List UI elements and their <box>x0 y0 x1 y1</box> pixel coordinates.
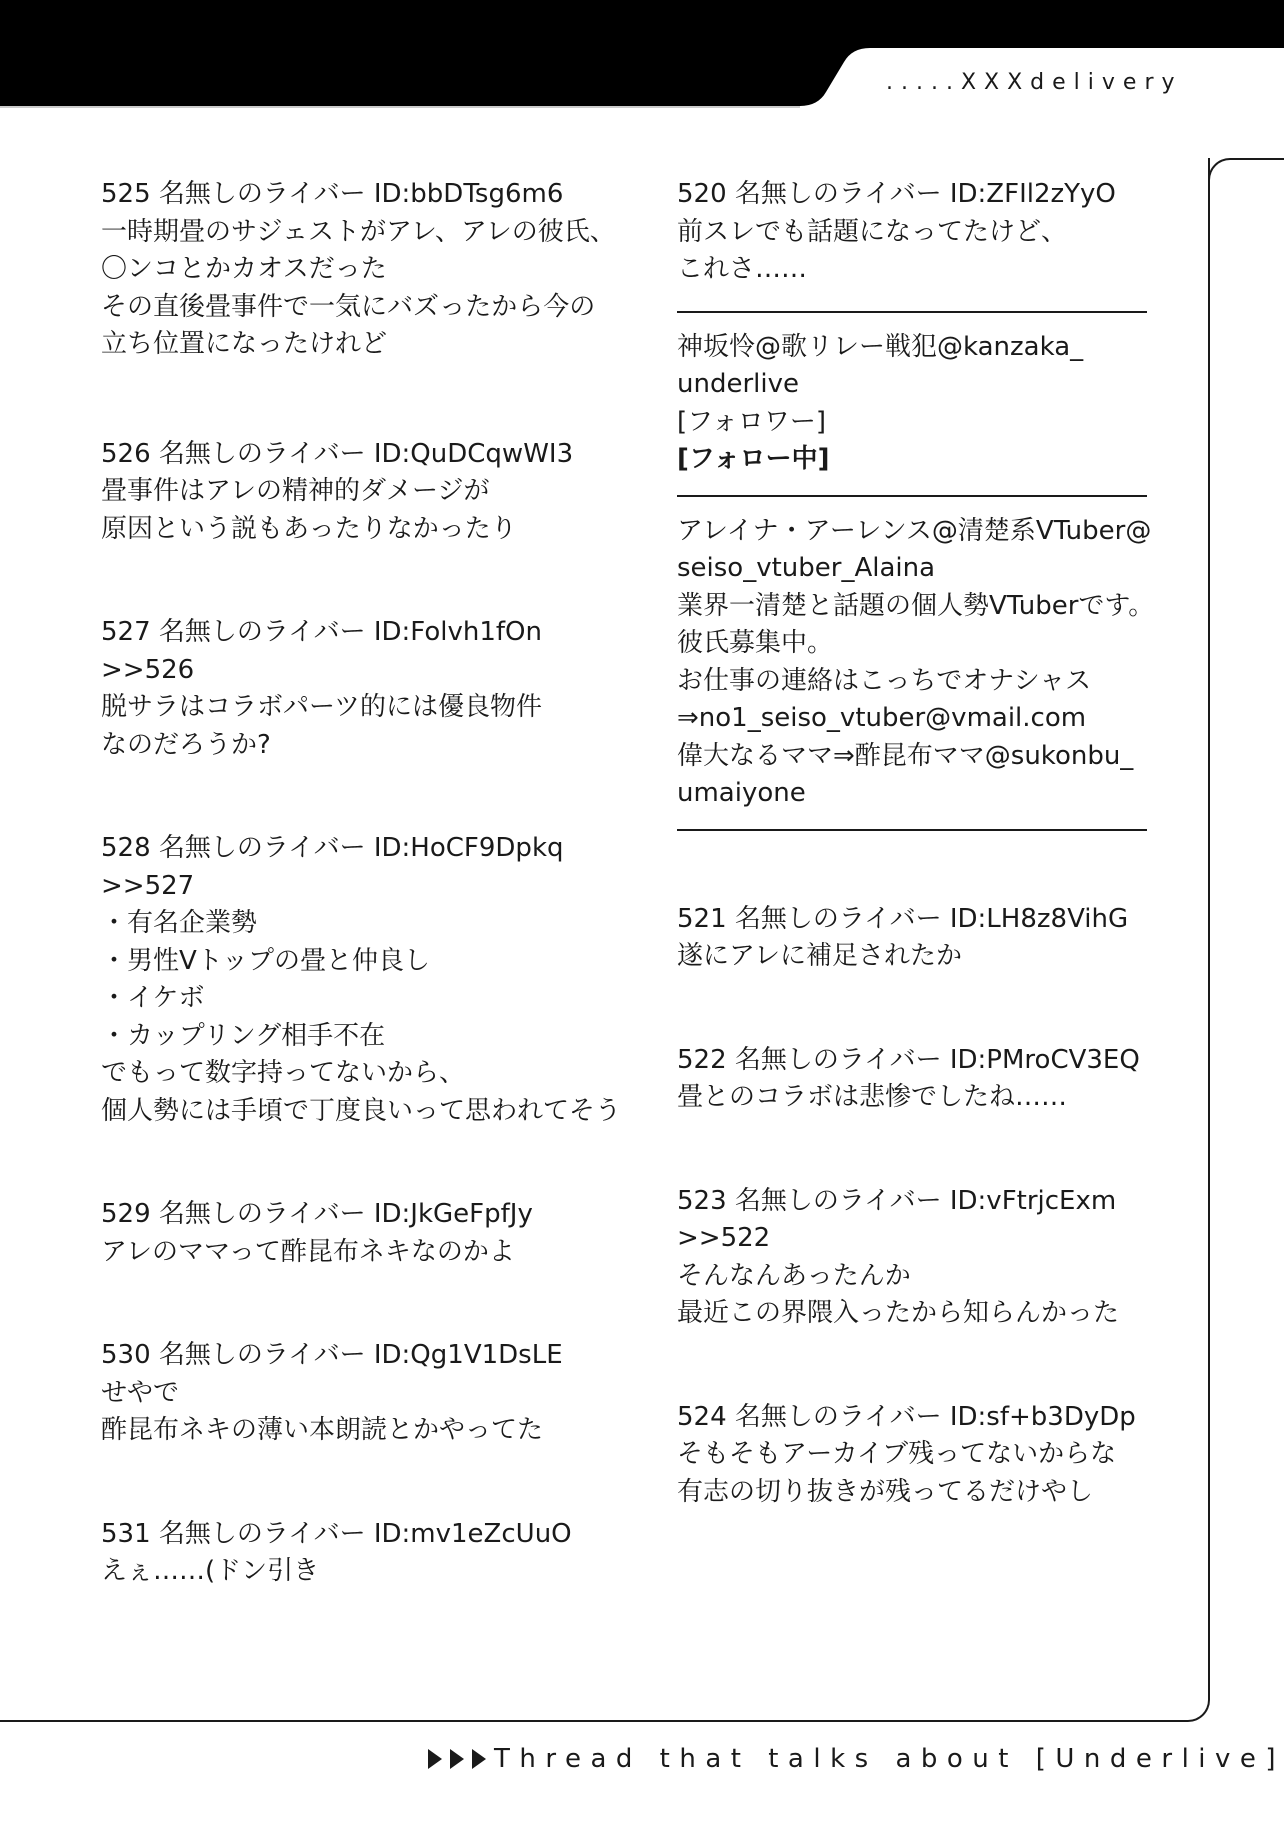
post-header: 522 名無しのライバー ID:PMroCV3EQ <box>677 1042 1147 1080</box>
post-header: 523 名無しのライバー ID:vFtrjcExm <box>677 1183 1147 1221</box>
post-520: 520 名無しのライバー ID:ZFIl2zYyO 前スレでも話題になってたけど… <box>677 176 1147 289</box>
profile-kanzaka: 神坂怜@歌リレー戦犯@kanzaka_ underlive [フォロワー] [フ… <box>677 329 1147 479</box>
post-line: なのだろうか? <box>101 727 621 765</box>
profile-bio: 彼氏募集中。 <box>677 625 1147 663</box>
post-header: 525 名無しのライバー ID:bbDTsg6m6 <box>101 176 621 214</box>
post-526: 526 名無しのライバー ID:QuDCqwWI3 畳事件はアレの精神的ダメージ… <box>101 436 621 549</box>
profile-bio: 業界一清楚と話題の個人勢VTuberです。 <box>677 588 1147 626</box>
reply-link[interactable]: >>522 <box>677 1220 1147 1258</box>
profile-email-link[interactable]: ⇒no1_seiso_vtuber@vmail.com <box>677 700 1147 738</box>
following-button[interactable]: [フォロー中] <box>677 441 1147 479</box>
reply-link[interactable]: >>527 <box>101 868 621 906</box>
post-521: 521 名無しのライバー ID:LH8z8VihG 遂にアレに補足されたか <box>677 901 1147 976</box>
post-header: 526 名無しのライバー ID:QuDCqwWI3 <box>101 436 621 474</box>
post-line: 一時期畳のサジェストがアレ、アレの彼氏、 <box>101 214 621 252</box>
triangle-right-icon <box>450 1749 464 1769</box>
post-line: 最近この界隈入ったから知らんかった <box>677 1295 1147 1333</box>
post-523: 523 名無しのライバー ID:vFtrjcExm >>522 そんなんあったん… <box>677 1183 1147 1333</box>
left-column: 525 名無しのライバー ID:bbDTsg6m6 一時期畳のサジェストがアレ、… <box>101 176 621 1591</box>
right-column: 520 名無しのライバー ID:ZFIl2zYyO 前スレでも話題になってたけど… <box>677 176 1147 1511</box>
post-line: アレのママって酢昆布ネキなのかよ <box>101 1234 621 1272</box>
post-header: 524 名無しのライバー ID:sf+b3DyDp <box>677 1399 1147 1437</box>
post-line: 脱サラはコラボパーツ的には優良物件 <box>101 689 621 727</box>
reply-link[interactable]: >>526 <box>101 652 621 690</box>
post-line: これさ…… <box>677 251 1147 289</box>
profile-name: アレイナ・アーレンス@清楚系VTuber@ <box>677 513 1147 551</box>
post-line: その直後畳事件で一気にバズったから今の <box>101 289 621 327</box>
profile-bio: お仕事の連絡はこっちでオナシャス <box>677 663 1147 701</box>
post-525: 525 名無しのライバー ID:bbDTsg6m6 一時期畳のサジェストがアレ、… <box>101 176 621 364</box>
post-line: えぇ……(ドン引き <box>101 1553 621 1591</box>
content-frame-corner <box>1208 158 1284 200</box>
post-line: 前スレでも話題になってたけど、 <box>677 214 1147 252</box>
post-line: ・男性Vトップの畳と仲良し <box>101 943 621 981</box>
profile-handle: seiso_vtuber_Alaina <box>677 550 1147 588</box>
page-footer: Thread that talks about [Underlive] <box>428 1744 1284 1774</box>
post-header: 529 名無しのライバー ID:JkGeFpfJy <box>101 1196 621 1234</box>
post-530: 530 名無しのライバー ID:Qg1V1DsLE せやで 酢昆布ネキの薄い本朗… <box>101 1337 621 1450</box>
post-522: 522 名無しのライバー ID:PMroCV3EQ 畳とのコラボは悲惨でしたね…… <box>677 1042 1147 1117</box>
post-line: 有志の切り抜きが残ってるだけやし <box>677 1474 1147 1512</box>
post-header: 521 名無しのライバー ID:LH8z8VihG <box>677 901 1147 939</box>
post-line: 立ち位置になったけれど <box>101 326 621 364</box>
post-524: 524 名無しのライバー ID:sf+b3DyDp そもそもアーカイブ残ってない… <box>677 1399 1147 1512</box>
post-line: でもって数字持ってないから、 <box>101 1055 621 1093</box>
post-header: 527 名無しのライバー ID:Folvh1fOn <box>101 614 621 652</box>
post-line: ・イケボ <box>101 980 621 1018</box>
profile-handle: underlive <box>677 366 1147 404</box>
post-line: 原因という説もあったりなかったり <box>101 511 621 549</box>
profile-bio: umaiyone <box>677 775 1147 813</box>
profile-bio: 偉大なるママ⇒酢昆布ママ@sukonbu_ <box>677 738 1147 776</box>
triangle-right-icon <box>472 1749 486 1769</box>
post-line: ・有名企業勢 <box>101 905 621 943</box>
post-line: そもそもアーカイブ残ってないからな <box>677 1436 1147 1474</box>
header-title: .....XXXdelivery <box>886 70 1183 95</box>
post-header: 520 名無しのライバー ID:ZFIl2zYyO <box>677 176 1147 214</box>
post-line: 畳事件はアレの精神的ダメージが <box>101 473 621 511</box>
post-line: 個人勢には手頃で丁度良いって思われてそう <box>101 1093 621 1131</box>
post-line: せやで <box>101 1375 621 1413</box>
post-531: 531 名無しのライバー ID:mv1eZcUuO えぇ……(ドン引き <box>101 1516 621 1591</box>
follower-label: [フォロワー] <box>677 404 1147 442</box>
post-529: 529 名無しのライバー ID:JkGeFpfJy アレのママって酢昆布ネキなの… <box>101 1196 621 1271</box>
post-line: ・カップリング相手不在 <box>101 1018 621 1056</box>
post-header: 531 名無しのライバー ID:mv1eZcUuO <box>101 1516 621 1554</box>
post-527: 527 名無しのライバー ID:Folvh1fOn >>526 脱サラはコラボパ… <box>101 614 621 764</box>
post-line: 畳とのコラボは悲惨でしたね…… <box>677 1079 1147 1117</box>
post-line: 〇ンコとかカオスだった <box>101 251 621 289</box>
post-line: そんなんあったんか <box>677 1258 1147 1296</box>
triangle-right-icon <box>428 1749 442 1769</box>
post-line: 酢昆布ネキの薄い本朗読とかやってた <box>101 1412 621 1450</box>
post-header: 530 名無しのライバー ID:Qg1V1DsLE <box>101 1337 621 1375</box>
profile-name: 神坂怜@歌リレー戦犯@kanzaka_ <box>677 329 1147 367</box>
post-header: 528 名無しのライバー ID:HoCF9Dpkq <box>101 830 621 868</box>
footer-title: Thread that talks about [Underlive] <box>494 1744 1284 1774</box>
profile-alaina: アレイナ・アーレンス@清楚系VTuber@ seiso_vtuber_Alain… <box>677 513 1147 813</box>
post-528: 528 名無しのライバー ID:HoCF9Dpkq >>527 ・有名企業勢 ・… <box>101 830 621 1130</box>
page-header: .....XXXdelivery <box>0 0 1284 108</box>
post-line: 遂にアレに補足されたか <box>677 938 1147 976</box>
